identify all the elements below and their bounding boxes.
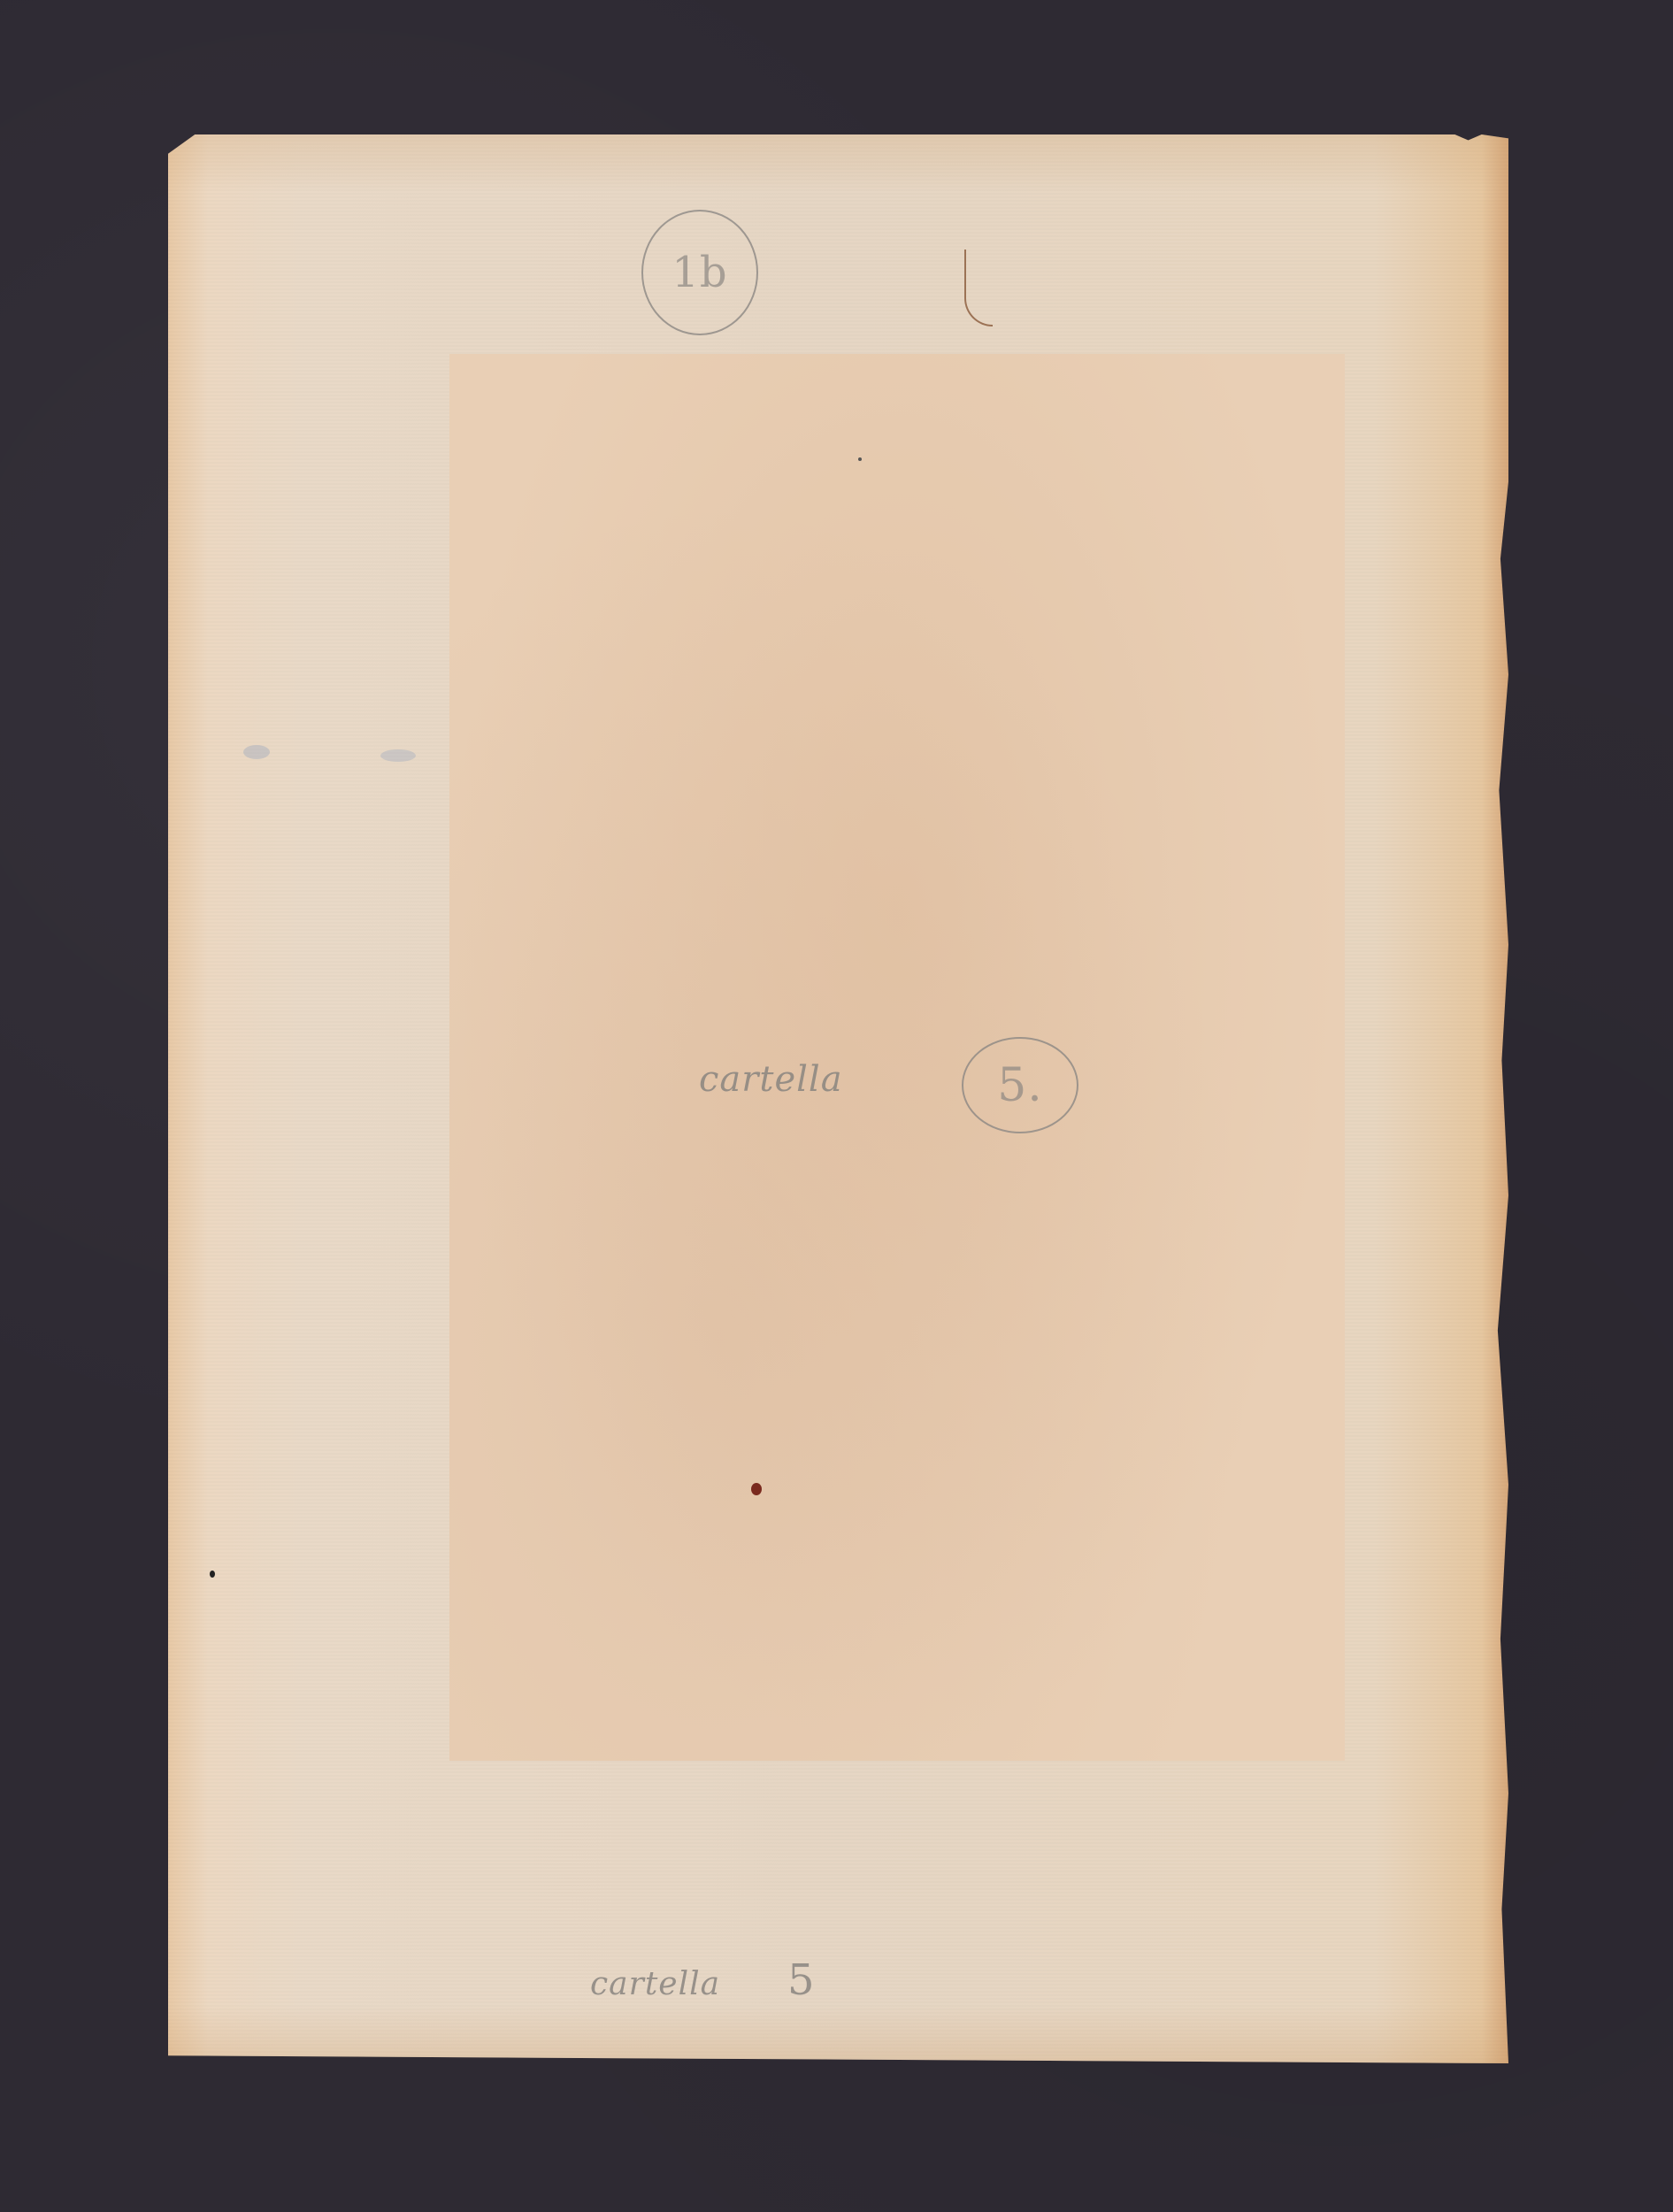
blue-stain [380,749,416,762]
foxing-spot [751,1483,762,1495]
center-circled-annotation: 5. [962,1037,1078,1133]
ink-dot [210,1571,215,1578]
top-circled-annotation: 1b [641,210,758,335]
fiber-inclusion [964,250,993,326]
center-label: cartella [699,1059,843,1100]
blue-stain [243,745,270,759]
plate-impression-area [449,354,1345,1761]
bottom-number: 5 [787,1955,816,2005]
bottom-label: cartella [590,1966,720,2002]
top-circled-number: 1b [643,211,756,334]
center-circled-number: 5. [963,1039,1077,1132]
small-dot [858,457,862,461]
paper-sheet: 1b cartella 5. cartella 5 [168,134,1508,2063]
